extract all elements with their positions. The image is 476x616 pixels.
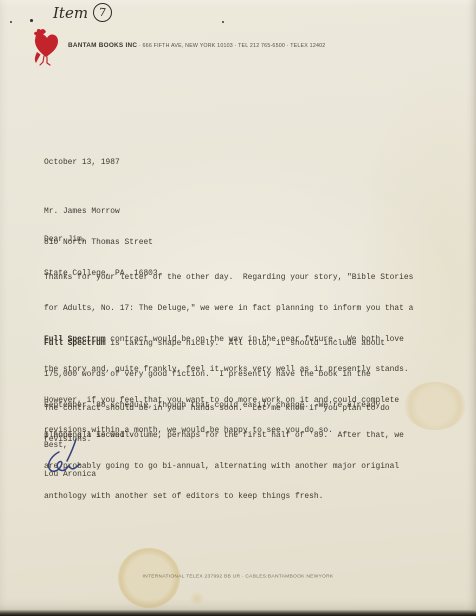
recipient-name: Mr. James Morrow: [44, 207, 158, 217]
letterhead: BANTAM BOOKS INC · 666 FIFTH AVE, NEW YO…: [68, 34, 325, 52]
body-line: 175,000 words of very good fiction. I pr…: [44, 370, 404, 380]
body-line: for Adults, No. 17: The Deluge," we were…: [44, 304, 413, 314]
letter-date: October 13, 1987: [44, 158, 120, 168]
company-name: BANTAM BOOKS INC: [68, 42, 137, 49]
item-label: Item: [53, 4, 88, 22]
scanned-letter-page: Item 7 BANTAM BOOKS INC · 666 FIFTH AVE,…: [0, 0, 476, 616]
ink-speck: [30, 19, 33, 22]
body-line: Thanks for your letter of the other day.…: [44, 273, 413, 283]
ink-speck: [10, 21, 12, 23]
circled-number: 7: [92, 2, 113, 23]
paper-stain: [188, 592, 206, 605]
ink-speck: [222, 21, 224, 23]
body-line: anthology with another set of editors to…: [44, 492, 404, 502]
salutation: Dear Jim,: [44, 235, 87, 245]
handwritten-item-annotation: Item 7: [53, 3, 112, 22]
footer-telex-line: INTERNATIONAL TELEX 237992 BB UR · CABLE…: [43, 574, 433, 579]
body-line: Full Spectrum is taking shape nicely. Al…: [44, 339, 404, 349]
bantam-rooster-logo-icon: [31, 26, 63, 66]
sender-typed-name: Lou Aronica: [44, 470, 96, 480]
scan-bottom-edge: [0, 610, 476, 616]
company-address: · 666 FIFTH AVE, NEW YORK 10103 · TEL 21…: [137, 43, 325, 49]
